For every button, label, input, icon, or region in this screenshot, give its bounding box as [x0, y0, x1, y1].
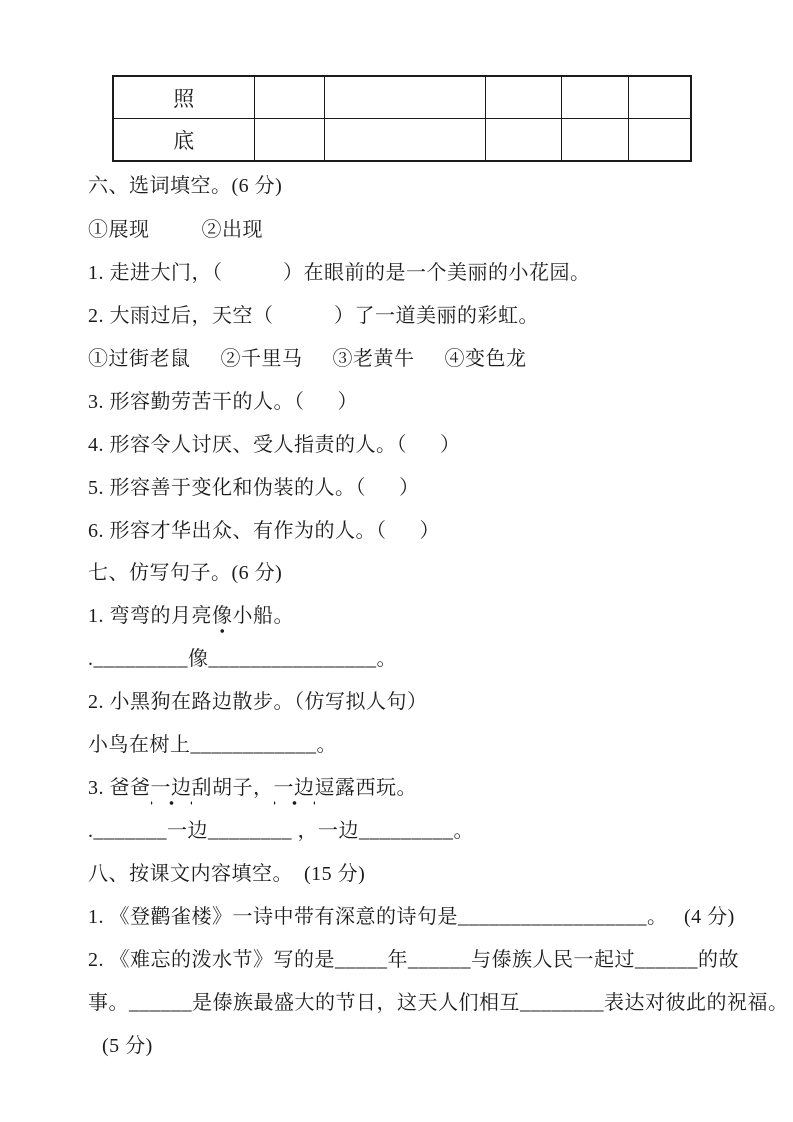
question-text: 3. 爸爸 — [88, 777, 151, 799]
section6-word-bank: ①展现 ②出现 — [88, 218, 263, 242]
word-option: ①展现 — [88, 218, 150, 242]
section7-answer-blank-1: ._________像________________。 — [88, 647, 397, 671]
section8-question-2-line1: 2. 《难忘的泼水节》写的是_____年______与傣族人民一起过______… — [88, 948, 739, 972]
table-empty-cell — [254, 119, 324, 162]
section6-question-4: 4. 形容令人讨厌、受人指责的人。（ ） — [88, 433, 461, 457]
section6-word-bank-2: ①过街老鼠 ②千里马 ③老黄牛 ④变色龙 — [88, 347, 527, 371]
section6-question-5: 5. 形容善于变化和伪装的人。（ ） — [88, 476, 420, 500]
emphasized-word: 一边 — [274, 777, 315, 806]
question-text: 刮胡子， — [192, 777, 274, 799]
question-text: 逗露西玩。 — [315, 777, 418, 799]
question-text: 1. 弯弯的月亮 — [88, 605, 212, 627]
character-practice-table: 照 底 — [112, 75, 692, 162]
section6-question-3: 3. 形容勤劳苦干的人。（ ） — [88, 390, 358, 414]
emphasized-word: 一边 — [151, 777, 192, 806]
section6-question-2: 2. 大雨过后，天空（ ）了一道美丽的彩虹。 — [88, 304, 539, 328]
section7-question-1: 1. 弯弯的月亮像小船。 — [88, 604, 294, 628]
table-empty-cell — [628, 119, 691, 162]
worksheet-page: 照 底 六、选词填空。(6 分) ①展现 ②出现 1. 走进大门，（ ）在眼前的… — [0, 0, 793, 1122]
table-row: 照 — [113, 76, 691, 119]
section8-question-2-points: (5 分) — [102, 1034, 153, 1058]
section8-question-1: 1. 《登鹳雀楼》一诗中带有深意的诗句是__________________。 … — [88, 905, 735, 929]
emphasized-word: 像 — [212, 605, 233, 634]
table-empty-cell — [485, 119, 561, 162]
section7-question-2: 2. 小黑狗在路边散步。（仿写拟人句） — [88, 690, 428, 714]
section8-question-2-line2: 事。______是傣族最盛大的节日，这天人们相互________表达对彼此的祝福… — [88, 991, 789, 1015]
question-text: 小船。 — [233, 605, 295, 627]
table-empty-cell — [324, 76, 485, 119]
table-empty-cell — [561, 119, 628, 162]
table-empty-cell — [628, 76, 691, 119]
section6-question-1: 1. 走进大门，（ ）在眼前的是一个美丽的小花园。 — [88, 261, 591, 285]
table-empty-cell — [485, 76, 561, 119]
table-char-cell: 照 — [113, 76, 254, 119]
table-empty-cell — [254, 76, 324, 119]
section8-title: 八、按课文内容填空。 (15 分) — [88, 862, 365, 886]
section7-question-3: 3. 爸爸一边刮胡子，一边逗露西玩。 — [88, 776, 417, 800]
table-empty-cell — [561, 76, 628, 119]
section6-title: 六、选词填空。(6 分) — [88, 174, 282, 198]
table-empty-cell — [324, 119, 485, 162]
section7-answer-blank-3: ._______一边________ ，一边_________。 — [88, 819, 474, 843]
section7-answer-blank-2: 小鸟在树上____________。 — [88, 733, 337, 757]
table-row: 底 — [113, 119, 691, 162]
word-option: ③老黄牛 — [333, 347, 415, 371]
section6-question-6: 6. 形容才华出众、有作为的人。（ ） — [88, 519, 440, 543]
word-option: ②千里马 — [221, 347, 303, 371]
word-option: ④变色龙 — [445, 347, 527, 371]
word-option: ①过街老鼠 — [88, 347, 191, 371]
word-option: ②出现 — [202, 218, 264, 242]
section7-title: 七、仿写句子。(6 分) — [88, 561, 282, 585]
table-char-cell: 底 — [113, 119, 254, 162]
